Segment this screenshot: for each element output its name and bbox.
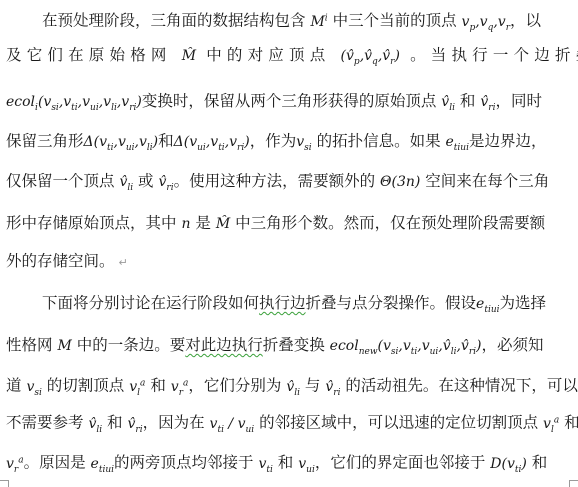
text: 的拓扑信息。如果 (312, 132, 446, 150)
text: 在预处理阶段，三角面的数据结构包含 (42, 12, 310, 30)
text: ，同时 (495, 92, 542, 110)
text: 中三角形个数。然而，仅在预处理阶段需要额 (230, 214, 545, 232)
text: 。当执行一个边折叠 (400, 46, 578, 64)
paragraph-1-line-4: 保留三角形Δ(vti,vui,vli)和Δ(vui,vti,vri)，作为vsi… (6, 131, 572, 158)
text: ，它们的界定面也邻接于 (315, 454, 490, 472)
text: 中的一条边。要 (72, 336, 185, 354)
math-e-tiui: etiui (476, 296, 499, 312)
paragraph-2-line-1: 下面将分别讨论在运行阶段如何执行边折叠与点分裂操作。假设etiui为选择 (6, 293, 572, 320)
text: ，因为在 (143, 414, 210, 432)
paragraph-1-line-6: 形中存储原始顶点，其中 n 是 M̂ 中三角形个数。然而，仅在预处理阶段需要额 (6, 213, 572, 234)
text: 。使用这种方法，需要额外的 (174, 172, 380, 190)
grammar-flag[interactable]: 执行边 (259, 294, 306, 312)
math-D-v-ti: D(vti) (490, 456, 527, 472)
math-v-ti-ui: vti / vui (210, 416, 255, 432)
text: 是边界边， (469, 132, 547, 150)
text: 折叠与点分裂操作。假设 (306, 294, 477, 312)
paragraph-1-line-3: ecoli(vsi,vti,vui,vli,vri)变换时，保留从两个三角形获得… (6, 91, 572, 118)
math-e-tiui: etiui (91, 456, 114, 472)
text: ，以 (510, 12, 541, 30)
text: 。原因是 (24, 454, 91, 472)
text: 与 (300, 377, 325, 395)
text: 道 (6, 377, 26, 395)
text: 空间来在每个三角 (420, 172, 549, 190)
text: 的两旁顶点均邻接于 (114, 454, 258, 472)
text: 变换时，保留从两个三角形获得的原始顶点 (142, 92, 441, 110)
math-v-l-a: vla (129, 379, 145, 395)
page-corner-mark-right (569, 480, 578, 487)
text: 中的对应顶点 (196, 46, 340, 64)
text: 形中存储原始顶点，其中 (6, 214, 181, 232)
math-M: M (57, 338, 71, 354)
text: 仅保留一个顶点 (6, 172, 119, 190)
text: 性格网 (6, 336, 57, 354)
paragraph-2-line-3: 道 vsi 的切割顶点 vla 和 vra，它们分别为 v̂li 与 v̂ri … (6, 373, 572, 402)
math-hat-vertices: (v̂p,v̂q,v̂r) (341, 48, 400, 64)
text: 外的存储空间。 (6, 252, 115, 270)
grammar-flag[interactable]: 对此边执行 (185, 336, 263, 354)
math-v-hat-ri: v̂ri (325, 379, 340, 395)
math-v-hat-li: v̂li (441, 94, 455, 110)
math-v-hat-li: v̂li (88, 416, 102, 432)
math-v-si: vsi (296, 134, 311, 150)
math-M-hat: M̂ (182, 48, 196, 64)
paragraph-1-line-2: 及它们在原始格网 M̂ 中的对应顶点 (v̂p,v̂q,v̂r) 。当执行一个边… (6, 45, 572, 72)
text: 或 (133, 172, 158, 190)
math-v-r-a: vra (171, 379, 189, 395)
text: 及它们在原始格网 (6, 46, 182, 64)
math-theta-3n: Θ(3n) (380, 174, 420, 190)
math-v-hat-ri: v̂ri (480, 94, 495, 110)
text: 和 (455, 92, 480, 110)
math-triangle-2: Δ(vui,vti,vri) (174, 134, 250, 150)
text: 保留三角形 (6, 132, 84, 150)
math-ecol-i: ecoli(vsi,vti,vui,vli,vri) (6, 94, 142, 110)
text: 的邻接区域中，可以迅速的定位切割顶点 (254, 414, 543, 432)
text: 和 (158, 132, 174, 150)
paragraph-2-line-5: vra。原因是 etiui的两旁顶点均邻接于 vti 和 vui，它们的界定面也… (6, 450, 572, 479)
text: 不需要参考 (6, 414, 88, 432)
paragraph-2-line-4: 不需要参考 v̂li 和 v̂ri，因为在 vti / vui 的邻接区域中，可… (6, 410, 572, 439)
math-M-i: Mi (310, 14, 327, 30)
text: ，作为 (250, 132, 297, 150)
text: ，必须知 (481, 336, 543, 354)
text: 和 (559, 414, 578, 432)
text: ，它们分别为 (188, 377, 286, 395)
text: 下面将分别讨论在运行阶段如何 (42, 294, 259, 312)
text: 和 (145, 377, 170, 395)
math-v-r-a: vra (6, 456, 24, 472)
math-v-hat-ri: v̂ri (158, 174, 173, 190)
text: 中三个当前的顶点 (328, 12, 462, 30)
math-vertices: vp,vq,vr (462, 14, 510, 30)
text: 的切割顶点 (42, 377, 129, 395)
math-ecol-new: ecolnew(vsi,vti,vui,v̂li,v̂ri) (330, 338, 482, 354)
math-v-hat-li: v̂li (119, 174, 133, 190)
paragraph-1-line-5: 仅保留一个顶点 v̂li 或 v̂ri。使用这种方法，需要额外的 Θ(3n) 空… (6, 171, 572, 198)
math-triangle-1: Δ(vti,vui,vli) (84, 134, 159, 150)
math-v-l-a: vla (543, 416, 559, 432)
document-page: 在预处理阶段，三角面的数据结构包含 Mi 中三个当前的顶点 vp,vq,vr，以… (0, 0, 578, 487)
paragraph-mark-icon: ↵ (119, 256, 128, 269)
math-M-hat: M̂ (216, 216, 230, 232)
paragraph-2-line-2: 性格网 M 中的一条边。要对此边执行折叠变换 ecolnew(vsi,vti,v… (6, 335, 572, 362)
text: 和 (527, 454, 547, 472)
math-v-si: vsi (26, 379, 41, 395)
page-corner-mark-left (0, 480, 9, 487)
math-v-ui: vui (298, 456, 315, 472)
math-v-hat-ri: v̂ri (127, 416, 142, 432)
text: 折叠变换 (263, 336, 330, 354)
paragraph-1-line-7: 外的存储空间。↵ (6, 251, 572, 273)
paragraph-1-line-1: 在预处理阶段，三角面的数据结构包含 Mi 中三个当前的顶点 vp,vq,vr，以 (6, 8, 572, 37)
math-e-tiui: etiui (446, 134, 469, 150)
text: 和 (102, 414, 127, 432)
text: 是 (190, 214, 215, 232)
text: 的活动祖先。在这种情况下，可以 (340, 377, 577, 395)
math-v-hat-li: v̂li (286, 379, 300, 395)
math-v-ti: vti (258, 456, 272, 472)
text: 为选择 (500, 294, 547, 312)
text: 和 (273, 454, 298, 472)
